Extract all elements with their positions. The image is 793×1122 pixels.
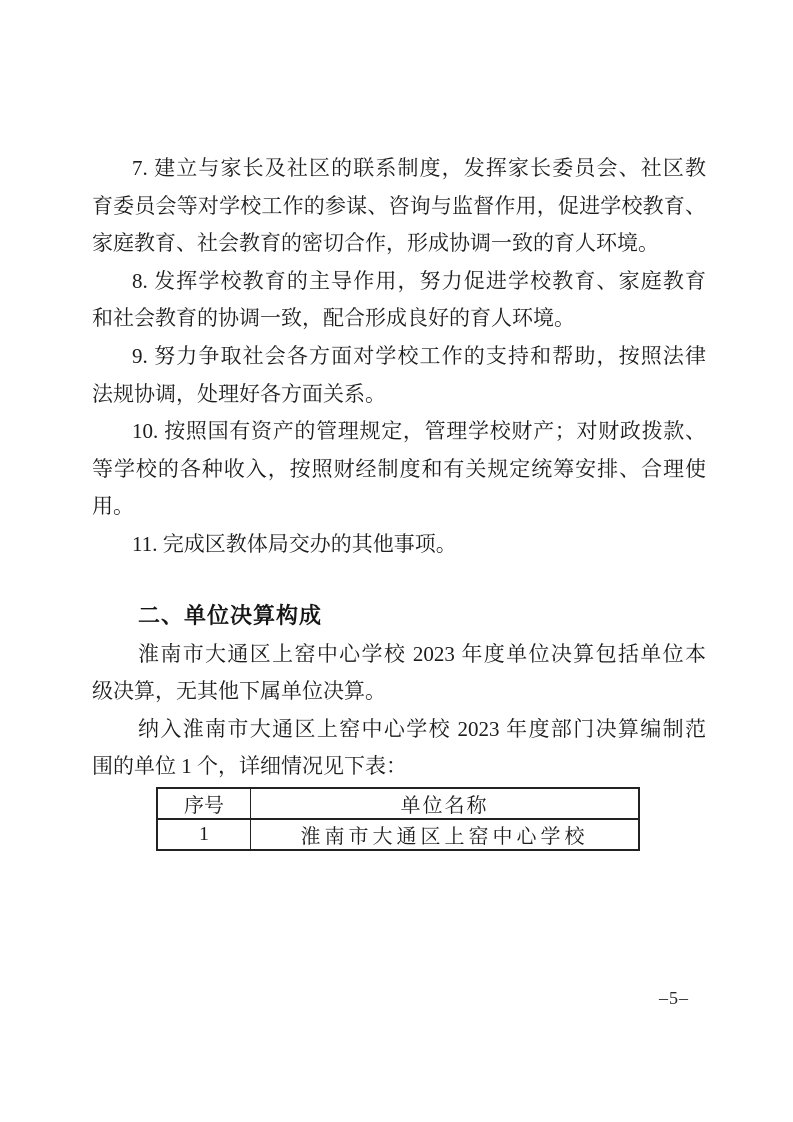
- section-heading: 二、单位决算构成: [92, 599, 706, 630]
- body-line: 级决算，无其他下属单位决算。: [92, 673, 706, 710]
- table-cell-serial: 1: [157, 819, 251, 850]
- body-line: 和社会教育的协调一致，配合形成良好的育人环境。: [92, 300, 706, 338]
- units-table: 序号 单位名称 1 淮南市大通区上窑中心学校: [156, 787, 640, 851]
- body-line: 等学校的各种收入，按照财经制度和有关规定统筹安排、合理使: [92, 451, 706, 489]
- body-line: 9. 努力争取社会各方面对学校工作的支持和帮助，按照法律: [92, 338, 706, 376]
- body-line: 纳入淮南市大通区上窑中心学校 2023 年度部门决算编制范: [92, 711, 706, 748]
- body-line: 围的单位 1 个，详细情况见下表：: [92, 748, 706, 785]
- body-line: 家庭教育、社会教育的密切合作，形成协调一致的育人环境。: [92, 225, 706, 263]
- body-line: 10. 按照国有资产的管理规定，管理学校财产；对财政拨款、: [92, 413, 706, 451]
- body-line: 用。: [92, 488, 706, 526]
- table-header-row: 序号 单位名称: [157, 788, 639, 819]
- table-cell-unit-name: 淮南市大通区上窑中心学校: [251, 819, 640, 850]
- table-row: 1 淮南市大通区上窑中心学校: [157, 819, 639, 850]
- body-line: 11. 完成区教体局交办的其他事项。: [92, 526, 706, 564]
- duties-list: 7. 建立与家长及社区的联系制度，发挥家长委员会、社区教 育委员会等对学校工作的…: [92, 150, 706, 564]
- body-line: 法规协调，处理好各方面关系。: [92, 376, 706, 414]
- section-paragraphs: 淮南市大通区上窑中心学校 2023 年度单位决算包括单位本 级决算，无其他下属单…: [92, 636, 706, 785]
- body-line: 淮南市大通区上窑中心学校 2023 年度单位决算包括单位本: [92, 636, 706, 673]
- page-number: –5–: [659, 988, 689, 1009]
- body-line: 育委员会等对学校工作的参谋、咨询与监督作用，促进学校教育、: [92, 188, 706, 226]
- table-header-serial: 序号: [157, 788, 251, 819]
- document-page: 7. 建立与家长及社区的联系制度，发挥家长委员会、社区教 育委员会等对学校工作的…: [0, 0, 793, 1122]
- body-line: 8. 发挥学校教育的主导作用，努力促进学校教育、家庭教育: [92, 263, 706, 301]
- table-header-unit-name: 单位名称: [251, 788, 640, 819]
- body-line: 7. 建立与家长及社区的联系制度，发挥家长委员会、社区教: [92, 150, 706, 188]
